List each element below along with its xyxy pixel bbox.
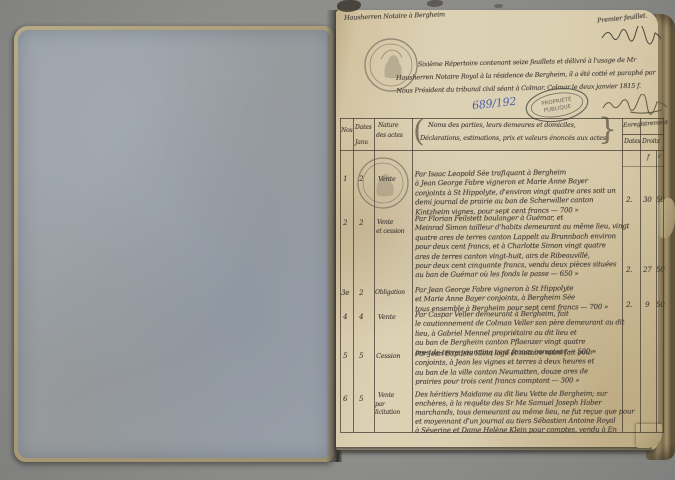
- row-no: 5: [343, 352, 347, 361]
- row-date: 5: [359, 395, 363, 404]
- row-entry-text: Par Jean Baptiste Klein logé et notaire …: [415, 348, 594, 387]
- book-cover-blue-paper: [18, 30, 330, 458]
- row-nature: Vente: [377, 219, 393, 227]
- page-bottom-shadow: [336, 447, 652, 455]
- row-nature-2: par licitation: [375, 401, 411, 417]
- header-unit-centimes: c: [658, 153, 661, 161]
- signature-paraph-top: [600, 26, 662, 46]
- row-no: 6: [343, 395, 347, 404]
- table-rule: [622, 134, 664, 135]
- row-entry-text: Des héritiers Maidame au dit lieu Vette …: [415, 389, 635, 435]
- row-nature: Vente: [378, 392, 394, 400]
- book-front-cover: [14, 26, 334, 462]
- header-dates-month: Janv.: [355, 139, 368, 147]
- row-no: 1: [343, 175, 347, 184]
- row-nature: Cession: [376, 352, 400, 361]
- scanned-register-document: Hausherren Notaire à Bergheim Premier fe…: [0, 0, 675, 480]
- row-nature-2: et cession: [376, 228, 404, 236]
- row-reg-date: 2.: [626, 301, 632, 310]
- row-no: 3e: [341, 289, 349, 298]
- row-droits-f: 30: [643, 196, 652, 205]
- header-brace-open: (: [413, 114, 425, 149]
- header-unit-francs: f: [647, 154, 649, 162]
- table-rule: [412, 118, 413, 432]
- row-droits-f: 27: [643, 266, 652, 275]
- header-parties-1: Noms des parties, leurs demeures et domi…: [428, 121, 576, 130]
- header-reg-droits: Droits: [642, 138, 660, 146]
- row-reg-date: 2.: [626, 196, 632, 205]
- header-nature-2: des actes: [376, 132, 403, 140]
- header-brace-close: }: [598, 112, 617, 147]
- header-numero: Nos: [341, 127, 352, 135]
- table-rule: [340, 150, 664, 151]
- row-date: 2: [359, 219, 363, 228]
- table-rule: [656, 150, 657, 432]
- row-nature: Obligation: [375, 289, 405, 297]
- row-date: 2: [359, 289, 363, 298]
- row-date: 2: [359, 175, 363, 184]
- row-no: 2: [343, 219, 347, 228]
- spot-mark: [494, 4, 503, 8]
- table-rule: [340, 118, 341, 432]
- row-date: 5: [359, 352, 363, 361]
- row-reg-date: 2.: [626, 266, 632, 275]
- header-nature-1: Nature: [378, 122, 398, 130]
- header-dates: Dates: [355, 124, 371, 132]
- row-date: 4: [359, 313, 363, 322]
- row-droits-f: 9: [645, 301, 649, 310]
- row-droits-c: 50: [656, 266, 665, 275]
- row-entry-text: Par Florian Feilstett boulanger à Guémar…: [415, 213, 630, 281]
- row-droits-c: 50: [656, 301, 665, 310]
- row-no: 4: [343, 313, 347, 322]
- row-nature: Vente: [378, 313, 396, 322]
- table-rule: [622, 166, 664, 167]
- tear-mark: [427, 0, 443, 7]
- row-entry-text: Par Isaac Leopold Sée trafiquant à Bergh…: [415, 168, 616, 218]
- header-parties-2: Déclarations, estimations, prix et valeu…: [420, 134, 606, 143]
- table-rule: [353, 118, 354, 432]
- row-nature: Vente: [378, 175, 396, 184]
- header-reg-dates: Dates: [624, 138, 640, 146]
- row-droits-c: 50: [656, 196, 665, 205]
